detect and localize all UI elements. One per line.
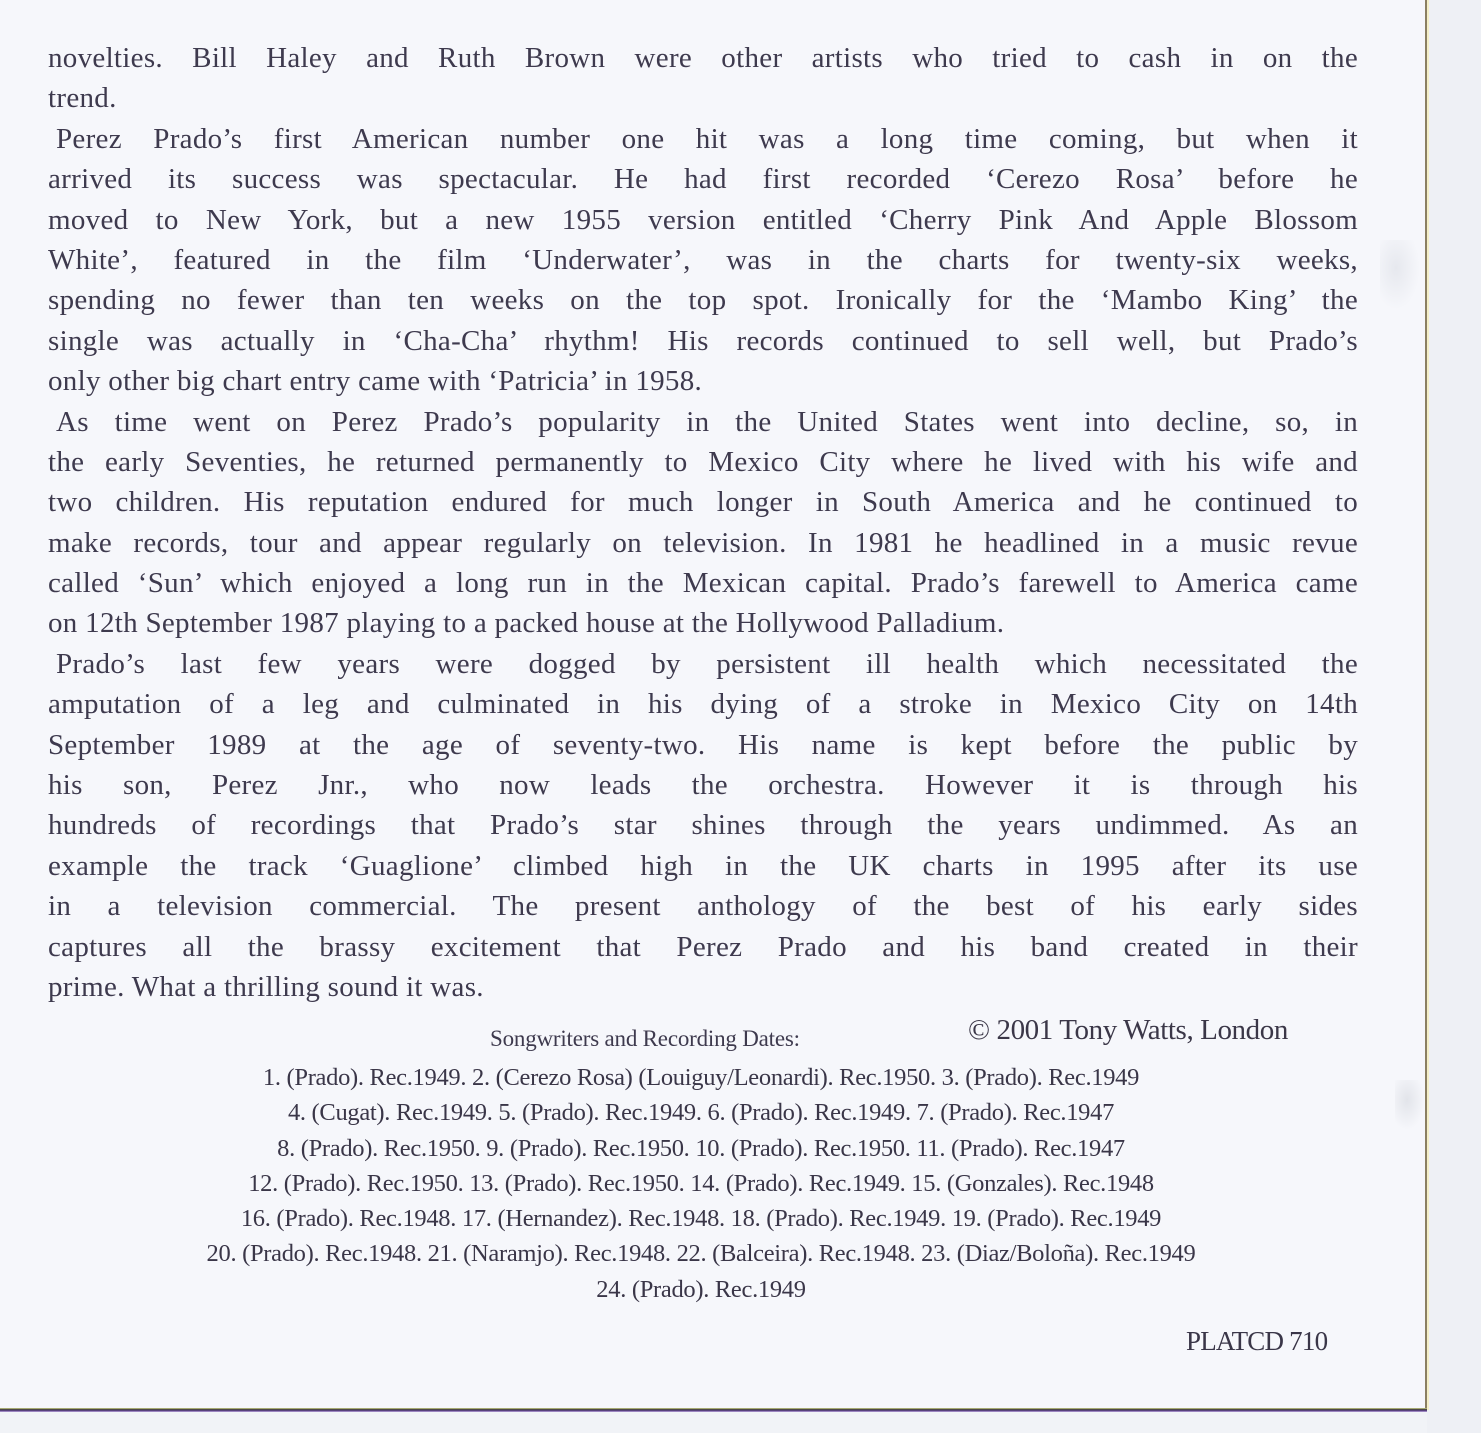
credits-list: 1. (Prado). Rec.1949. 2. (Cerezo Rosa) (… [0,1060,1402,1307]
text-line: the early Seventies, he returned permane… [48,442,1358,482]
text-line: Prado’s last few years were dogged by pe… [48,644,1358,684]
text-line: two children. His reputation endured for… [48,482,1358,522]
credit-line: 4. (Cugat). Rec.1949. 5. (Prado). Rec.19… [0,1095,1402,1130]
text-line: amputation of a leg and culminated in hi… [48,684,1358,724]
text-line: captures all the brassy excitement that … [48,927,1358,967]
text-line: spending no fewer than ten weeks on the … [48,280,1358,320]
text-line: on 12th September 1987 playing to a pack… [48,603,1358,643]
text-line: called ‘Sun’ which enjoyed a long run in… [48,563,1358,603]
text-line: hundreds of recordings that Prado’s star… [48,805,1358,845]
copyright-notice: © 2001 Tony Watts, London [968,1014,1288,1047]
text-line: in a television commercial. The present … [48,886,1358,926]
text-line: make records, tour and appear regularly … [48,523,1358,563]
scan-background [1427,0,1481,1433]
text-line: novelties. Bill Haley and Ruth Brown wer… [48,38,1358,78]
text-line: prime. What a thrilling sound it was. [48,967,1358,1007]
booklet-page: novelties. Bill Haley and Ruth Brown wer… [0,0,1427,1410]
credit-line: 24. (Prado). Rec.1949 [0,1272,1402,1307]
credit-line: 20. (Prado). Rec.1948. 21. (Naramjo). Re… [0,1236,1402,1271]
text-line: single was actually in ‘Cha-Cha’ rhythm!… [48,321,1358,361]
text-line: As time went on Perez Prado’s popularity… [48,402,1358,442]
catalog-number: PLATCD 710 [1186,1326,1327,1357]
credits-heading: Songwriters and Recording Dates: [490,1026,800,1052]
text-line: moved to New York, but a new 1955 versio… [48,200,1358,240]
liner-notes-body: novelties. Bill Haley and Ruth Brown wer… [48,38,1358,1007]
text-line: example the track ‘Guaglione’ climbed hi… [48,846,1358,886]
paper-crease [1380,240,1420,310]
text-line: White’, featured in the film ‘Underwater… [48,240,1358,280]
text-line: arrived its success was spectacular. He … [48,159,1358,199]
page-edge [0,1408,1427,1412]
credit-line: 8. (Prado). Rec.1950. 9. (Prado). Rec.19… [0,1131,1402,1166]
credit-line: 16. (Prado). Rec.1948. 17. (Hernandez). … [0,1201,1402,1236]
credit-line: 12. (Prado). Rec.1950. 13. (Prado). Rec.… [0,1166,1402,1201]
text-line: Perez Prado’s first American number one … [48,119,1358,159]
credit-line: 1. (Prado). Rec.1949. 2. (Cerezo Rosa) (… [0,1060,1402,1095]
text-line: his son, Perez Jnr., who now leads the o… [48,765,1358,805]
text-line: September 1989 at the age of seventy-two… [48,725,1358,765]
text-line: trend. [48,78,1358,118]
text-line: only other big chart entry came with ‘Pa… [48,361,1358,401]
